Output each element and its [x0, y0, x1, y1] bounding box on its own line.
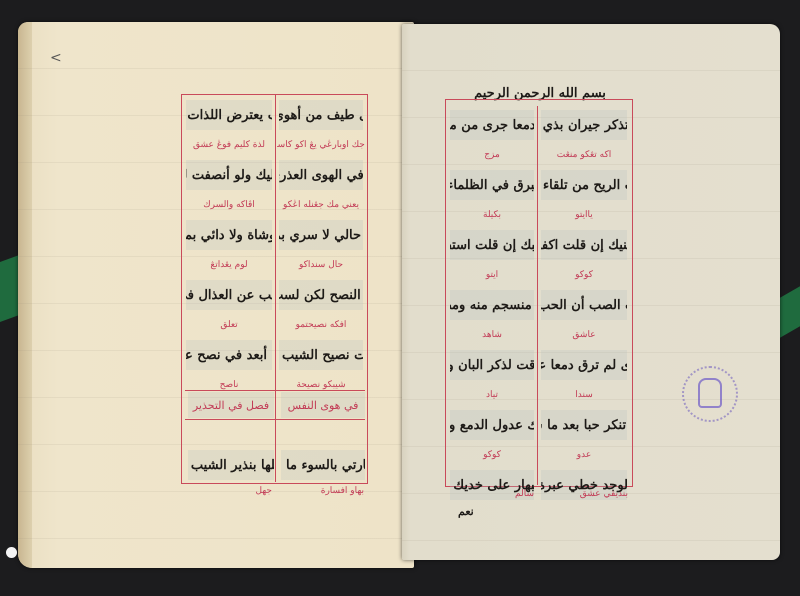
- gloss: ياايتو: [539, 200, 629, 230]
- punch-hole: [6, 547, 17, 558]
- green-stripe-right: [780, 286, 800, 338]
- section-heading-a: فصل في التحذير: [188, 392, 274, 418]
- verse: عدتك حالي لا سري بمستتر: [279, 220, 363, 250]
- verse: فإن أمارتي بالسوء ما اتعظت: [281, 450, 365, 480]
- catchword: نعم: [458, 505, 474, 518]
- gloss: سندا: [539, 380, 629, 410]
- section-rule-bottom: [185, 419, 365, 420]
- gloss: بكيلة: [448, 200, 536, 230]
- footer-gloss: بهاو افسارة: [282, 486, 364, 496]
- verse: به عليك عدول الدمع والسقم: [450, 410, 534, 440]
- verse: فما لعينيك إن قلت اكففا همتا: [541, 230, 627, 260]
- verse: والشيب أبعد في نصح عن التهم: [186, 340, 272, 370]
- gloss: اڤاكه والسرك: [184, 190, 274, 220]
- section-heading-b: في هوى النفس: [281, 392, 365, 418]
- verse: أم هبت الريح من تلقاء كاظمة: [541, 170, 627, 200]
- left-page-col-b: نوم سرى طيف من أهوى فأرقني كاجك اوبارڠي …: [277, 100, 365, 400]
- gloss: كوكو: [448, 440, 536, 470]
- right-page-col-b: أمن تذكر جيران بذي سلم اكه تڠكو منڠت أم …: [539, 110, 629, 500]
- gloss: شاهد: [448, 320, 536, 350]
- gloss: اكه تڠكو منڠت: [539, 140, 629, 170]
- footer-gloss: جهل: [186, 486, 272, 496]
- right-column-divider: [537, 106, 538, 485]
- gloss: كوكو: [539, 260, 629, 290]
- verse: وما لقلبك إن قلت استفق يهم: [450, 230, 534, 260]
- verse: نوم سرى طيف من أهوى فأرقني: [279, 100, 363, 130]
- gloss: لوم يڠداتڠ: [184, 250, 274, 280]
- left-page-col-a: والحب يعترض اللذات بالألم لذة كليم فوڠ ع…: [184, 100, 274, 400]
- gloss: يعني مك جڠنله اڠكو: [277, 190, 365, 220]
- verse: إني اتهمت نصيح الشيب في عذل: [279, 340, 363, 370]
- gloss: ايتو: [448, 260, 536, 290]
- footer-gloss: بنديقي عشق: [542, 489, 628, 499]
- verse: محضتني النصح لكن لست أسمعه: [279, 280, 363, 310]
- left-column-divider: [275, 94, 276, 482]
- verse: والحب يعترض اللذات بالألم: [186, 100, 272, 130]
- verse: مزجت دمعا جرى من مقلة بدم: [450, 110, 534, 140]
- verse: لولا الهوى لم ترق دمعا على طلل: [541, 350, 627, 380]
- gloss: حال سنداكو: [277, 250, 365, 280]
- verse: مني إليك ولو أنصفت لم تلم: [186, 160, 272, 190]
- gloss: تعلق: [184, 310, 274, 340]
- gloss: لذة كليم فوڠ عشق: [184, 130, 274, 160]
- gloss: كاجك اوبارڠي يڠ اكو كاسيه: [277, 130, 365, 160]
- gloss: افكه نصيحتمو: [277, 310, 365, 340]
- gloss: مزج: [448, 140, 536, 170]
- footer-gloss: سالم: [450, 489, 534, 499]
- verse: يا لائمي في الهوى العذري معذرة: [279, 160, 363, 190]
- verse: إن المحب عن العذال في صمم: [186, 280, 272, 310]
- verse: فكيف تنكر حبا بعد ما شهدت: [541, 410, 627, 440]
- verse: من جهلها بنذير الشيب والهرم: [188, 450, 274, 480]
- verse: ما بين منسجم منه ومضطرم: [450, 290, 534, 320]
- seal-stamp-icon: [682, 366, 738, 422]
- gloss: عاشق: [539, 320, 629, 350]
- gloss: عدو: [539, 440, 629, 470]
- verse: أيحسب الصب أن الحب منكتم: [541, 290, 627, 320]
- right-page-col-a: مزجت دمعا جرى من مقلة بدم مزج وأومض البر…: [448, 110, 536, 500]
- verse: أمن تذكر جيران بذي سلم: [541, 110, 627, 140]
- verse: عن الوشاة ولا دائي بمنحسم: [186, 220, 272, 250]
- gloss: تياد: [448, 380, 536, 410]
- verse: وأومض البرق في الظلماء من إضم: [450, 170, 534, 200]
- folio-mark: <: [50, 50, 62, 66]
- verse: ولا أرقت لذكر البان والعلم: [450, 350, 534, 380]
